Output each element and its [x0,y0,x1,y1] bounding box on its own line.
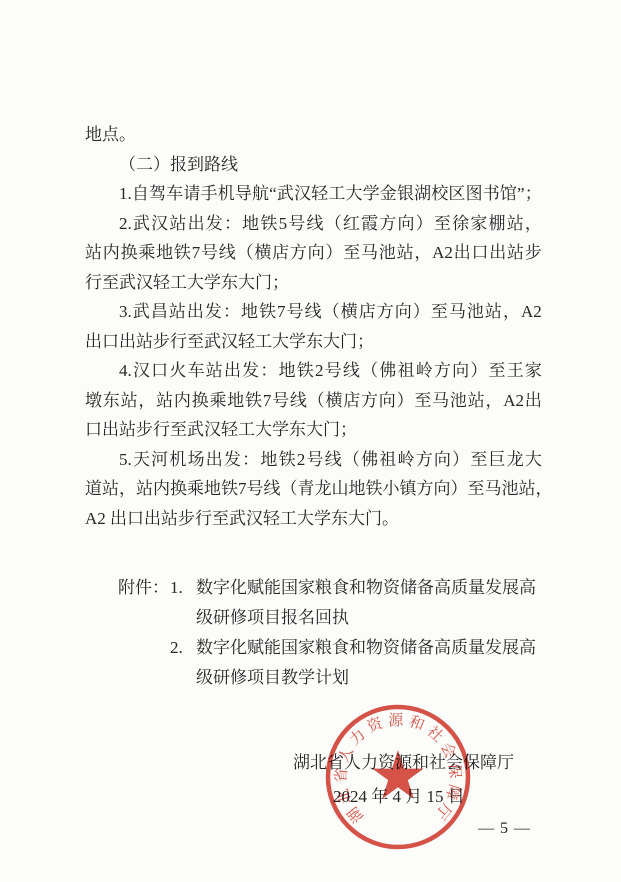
body-line: A2 出口出站步行至武汉轻工大学东大门。 [85,504,542,534]
attachments-label: 附件： [118,573,170,693]
issuing-authority: 湖北省人力资源和社会保障厅 [293,749,514,777]
seal-ring [328,707,468,847]
attachment-title-line: 数字化赋能国家粮食和物资储备高质量发展高 [196,633,536,663]
attachments-block: 附件： 1. 数字化赋能国家粮食和物资储备高质量发展高 级研修项目报名回执 2.… [118,573,536,693]
body-line: 5.天河机场出发：地铁2号线（佛祖岭方向）至巨龙大 [85,445,542,475]
attachment-number: 2. [170,633,196,693]
attachment-item: 2. 数字化赋能国家粮食和物资储备高质量发展高 级研修项目教学计划 [170,633,536,693]
attachment-title-line: 级研修项目报名回执 [196,603,536,633]
attachments-list: 1. 数字化赋能国家粮食和物资储备高质量发展高 级研修项目报名回执 2. 数字化… [170,573,536,693]
attachment-title-line: 级研修项目教学计划 [196,663,536,693]
body-line: 2.武汉站出发：地铁5号线（红霞方向）至徐家棚站， [85,209,542,239]
body-line: 口出站步行至武汉轻工大学东大门； [85,415,542,445]
body-line: 出口出站步行至武汉轻工大学东大门； [85,327,542,357]
attachment-title-line: 数字化赋能国家粮食和物资储备高质量发展高 [196,573,536,603]
body-line: 地点。 [85,120,542,150]
attachment-item: 1. 数字化赋能国家粮食和物资储备高质量发展高 级研修项目报名回执 [170,573,536,633]
body-line: （二）报到路线 [85,150,542,180]
body-line: 道站，站内换乘地铁7号线（青龙山地铁小镇方向）至马池站， [85,474,542,504]
body-line: 4.汉口火车站出发：地铁2号线（佛祖岭方向）至王家 [85,356,542,386]
attachment-number: 1. [170,573,196,633]
body-line: 行至武汉轻工大学东大门； [85,268,542,298]
issue-date: 2024 年 4 月 15 日 [333,783,465,811]
page-number: — 5 — [478,820,531,838]
body-line: 墩东站，站内换乘地铁7号线（横店方向）至马池站，A2出 [85,386,542,416]
body-line: 站内换乘地铁7号线（横店方向）至马池站，A2出口出站步 [85,238,542,268]
attachment-title: 数字化赋能国家粮食和物资储备高质量发展高 级研修项目教学计划 [196,633,536,693]
document-page: 地点。 （二）报到路线 1.自驾车请手机导航“武汉轻工大学金银湖校区图书馆”； … [0,0,621,882]
body-line: 3.武昌站出发：地铁7号线（横店方向）至马池站，A2 [85,297,542,327]
official-seal: 湖北省人力资源和社会保障厅 [323,702,473,852]
attachment-title: 数字化赋能国家粮食和物资储备高质量发展高 级研修项目报名回执 [196,573,536,633]
body-text-block: 地点。 （二）报到路线 1.自驾车请手机导航“武汉轻工大学金银湖校区图书馆”； … [85,120,542,533]
body-line: 1.自驾车请手机导航“武汉轻工大学金银湖校区图书馆”； [85,179,542,209]
